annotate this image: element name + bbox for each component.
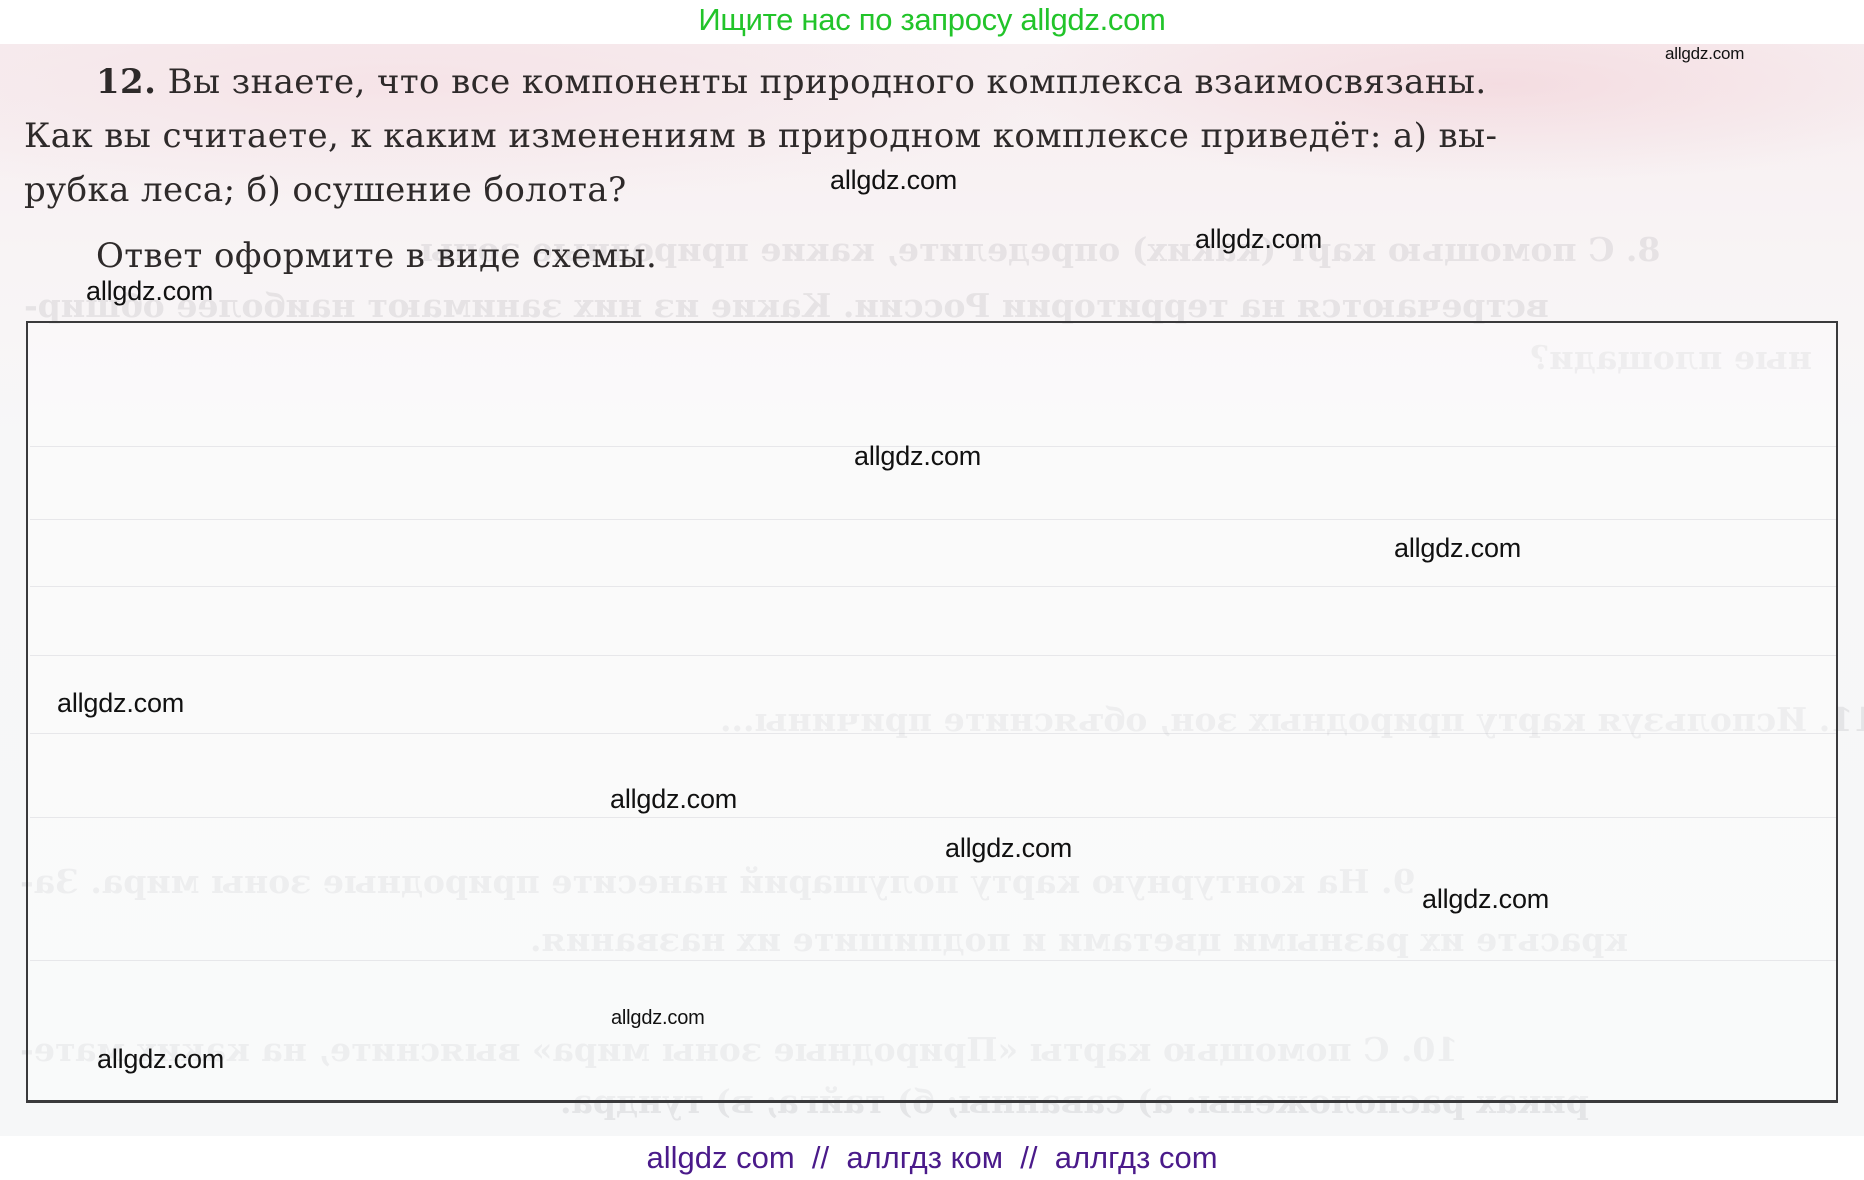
- footer-site-text: allgdz com // аллгдз ком // аллгдз com: [646, 1140, 1217, 1176]
- top-banner: Ищите нас по запросу allgdz.com: [0, 0, 1864, 44]
- exercise-instruction: Ответ оформите в виде схемы.: [96, 236, 657, 276]
- search-hint-text: Ищите нас по запросу allgdz.com: [698, 2, 1165, 38]
- exercise-line-2: Как вы считаете, к каким изменениям в пр…: [24, 116, 1497, 156]
- exercise-line-3: рубка леса; б) осушение болота?: [24, 170, 627, 210]
- watermark: allgdz.com: [1665, 44, 1744, 64]
- exercise-number: 12.: [96, 62, 156, 102]
- watermark: allgdz.com: [86, 276, 213, 307]
- exercise-text-line-1: Вы знаете, что все компоненты природного…: [168, 62, 1487, 102]
- answer-box[interactable]: [26, 321, 1838, 1103]
- watermark: allgdz.com: [57, 688, 184, 719]
- watermark: allgdz.com: [1195, 224, 1322, 255]
- watermark: allgdz.com: [1394, 533, 1521, 564]
- exercise-line-1: 12. Вы знаете, что все компоненты природ…: [96, 62, 1487, 102]
- watermark: allgdz.com: [97, 1044, 224, 1075]
- watermark: allgdz.com: [854, 441, 981, 472]
- bottom-banner: allgdz com // аллгдз ком // аллгдз com: [0, 1136, 1864, 1180]
- watermark: allgdz.com: [945, 833, 1072, 864]
- show-through-line: встречаются на территории России. Какие …: [24, 286, 1549, 325]
- watermark: allgdz.com: [1422, 884, 1549, 915]
- watermark: allgdz.com: [830, 165, 957, 196]
- watermark: allgdz.com: [610, 784, 737, 815]
- watermark: allgdz.com: [611, 1007, 705, 1030]
